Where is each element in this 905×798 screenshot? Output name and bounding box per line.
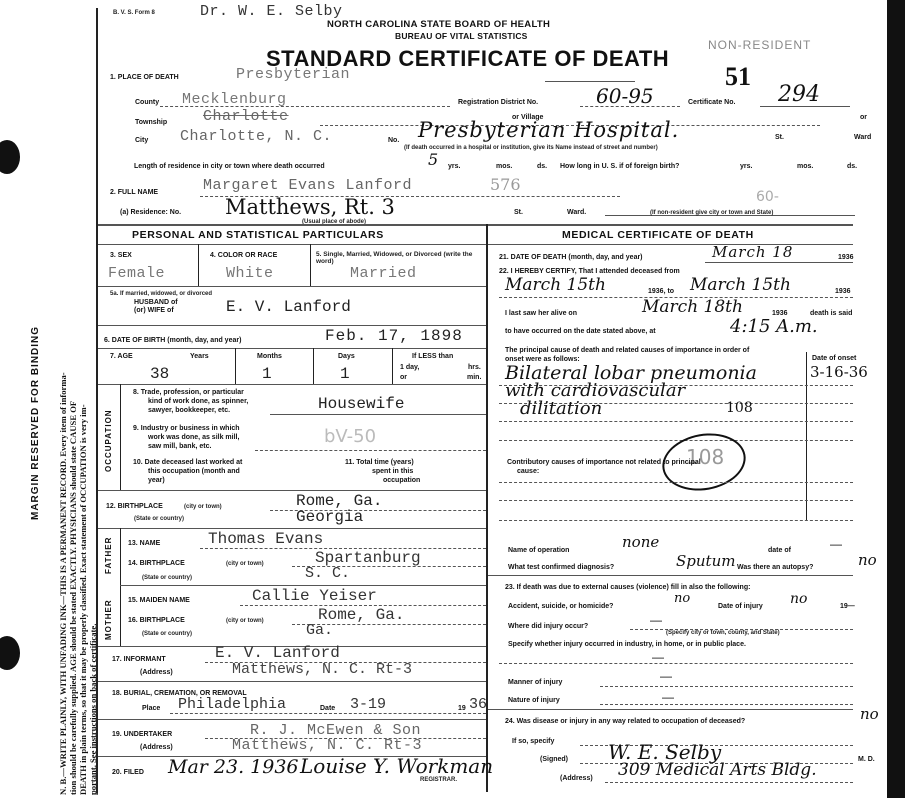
birthplace-city-note: (city or town): [184, 504, 222, 510]
total-time-label-2: spent in this: [372, 468, 413, 475]
informant-label: 17. INFORMANT: [112, 656, 166, 663]
rule: [270, 414, 486, 415]
onset-label: Date of onset: [812, 355, 856, 362]
date-of-death-year: 1936: [838, 254, 854, 261]
rule: [499, 440, 853, 441]
filed-date-value: Mar 23. 1936: [168, 756, 299, 778]
attended-to-year: 1936: [835, 288, 851, 295]
board-title: NORTH CAROLINA STATE BOARD OF HEALTH: [327, 19, 550, 30]
county-label: County: [135, 99, 159, 106]
cell-divider: [392, 348, 393, 384]
rule: [98, 719, 486, 720]
rule: [98, 528, 486, 529]
mother-city-note: (city or town): [226, 618, 264, 624]
margin-line-2: tion should be carefully supplied. AGE s…: [68, 372, 78, 795]
industry-label-3: saw mill, bank, etc.: [148, 443, 211, 450]
spouse-label-2: HUSBAND of: [134, 299, 178, 306]
informant-address-value: Matthews, N. C. Rt-3: [232, 661, 412, 678]
registration-district-value: 60-95: [596, 84, 654, 108]
rule: [488, 244, 853, 245]
filed-label: 20. FILED: [112, 769, 144, 776]
ds-label: ds.: [537, 163, 547, 170]
ward-label: Ward: [854, 134, 871, 141]
rule: [488, 575, 853, 576]
occurred-label: to have occurred on the date stated abov…: [505, 328, 656, 335]
burial-place-value: Philadelphia: [178, 696, 286, 713]
mother-birthplace-label: 16. BIRTHPLACE: [128, 617, 185, 624]
physician-address-value: 309 Medical Arts Bldg.: [618, 760, 817, 780]
marital-label: 5. Single, Married, Widowed, or Divorced…: [316, 251, 484, 265]
md-label: M. D.: [858, 756, 875, 763]
spouse-label-3: (or) WIFE of: [134, 307, 174, 314]
informant-address-label: (Address): [140, 669, 173, 676]
sex-label: 3. SEX: [110, 252, 132, 259]
doctor-typed: Dr. W. E. Selby: [200, 3, 343, 20]
accident-value: no: [674, 591, 690, 606]
time-of-death-value: 4:15 A.m.: [730, 316, 818, 337]
cell-divider: [235, 348, 236, 384]
race-label: 4. COLOR OR RACE: [210, 252, 277, 259]
accident-label: Accident, suicide, or homicide?: [508, 603, 613, 610]
birthplace-label: 12. BIRTHPLACE: [106, 503, 163, 510]
cause-line-3: dilitation: [520, 398, 602, 419]
injury-date-label: Date of injury: [718, 603, 763, 610]
scan-edge: [887, 0, 905, 798]
or-label: or: [400, 374, 407, 381]
occupation-related-value: no: [860, 705, 879, 723]
last-worked-label-2: this occupation (month and: [148, 468, 240, 475]
residence-label: (a) Residence: No.: [120, 209, 181, 216]
age-label: 7. AGE: [110, 353, 133, 360]
last-saw-label: I last saw her alive on: [505, 310, 577, 317]
father-state-note: (State or country): [142, 575, 192, 581]
registrar-label: REGISTRAR.: [420, 777, 457, 783]
occupation-side-label: OCCUPATION: [104, 409, 113, 472]
form-label: B. V. S. Form 8: [113, 10, 155, 16]
dob-value: Feb. 17, 1898: [325, 327, 463, 345]
last-worked-label-1: 10. Date deceased last worked at: [133, 459, 242, 466]
rule: [499, 421, 853, 422]
operation-label: Name of operation: [508, 547, 569, 554]
residence-ward-label: Ward.: [567, 209, 586, 216]
full-name-label: 2. FULL NAME: [110, 189, 158, 196]
burial-date-label: Date: [320, 705, 335, 712]
foreign-yrs-label: yrs.: [740, 163, 752, 170]
certificate-no-label: Certificate No.: [688, 99, 735, 106]
street-no-label: No.: [388, 137, 399, 144]
burial-year-prefix: 19: [458, 705, 466, 712]
rule: [760, 106, 850, 107]
rule: [499, 482, 853, 483]
less-day-label: 1 day,: [400, 364, 419, 371]
dob-label: 6. DATE OF BIRTH (month, day, and year): [104, 337, 241, 344]
trade-value: Housewife: [318, 395, 404, 413]
injury-date-value: no: [790, 591, 807, 607]
registrar-signature: Louise Y. Workman: [300, 754, 493, 778]
test-value: Sputum: [676, 552, 735, 570]
undertaker-address-value: Matthews, N. C. Rt-3: [232, 737, 422, 754]
contributory-label-1: Contributory causes of importance not re…: [507, 459, 701, 466]
contributory-label-2: cause:: [517, 468, 539, 475]
margin-line-1: N. B.—WRITE PLAINLY, WITH UNFADING INK—T…: [58, 372, 68, 795]
injury-year: 19—: [840, 603, 855, 610]
external-causes-label: 23. If death was due to external causes …: [505, 584, 750, 591]
date-of-death-value: March 18: [712, 243, 793, 261]
where-label: Where did injury occur?: [508, 623, 588, 630]
father-side-label: FATHER: [104, 537, 113, 574]
maiden-name-value: Callie Yeiser: [252, 587, 377, 605]
last-worked-label-3: year): [148, 477, 165, 484]
signed-label: (Signed): [540, 756, 568, 763]
operation-date-label: date of: [768, 547, 791, 554]
burial-date-value: 3-19: [350, 696, 386, 713]
residence-st-label: St.: [514, 209, 523, 216]
specify-location-value: —: [652, 650, 664, 664]
rule: [705, 262, 853, 263]
rule: [488, 709, 853, 710]
personal-section-title: PERSONAL AND STATISTICAL PARTICULARS: [132, 229, 384, 241]
last-saw-value: March 18th: [642, 297, 743, 317]
rule: [98, 325, 486, 326]
manner-value: —: [660, 669, 672, 683]
mother-side-label: MOTHER: [104, 599, 113, 640]
occupation-related-label: 24. Was disease or injury in any way rel…: [505, 718, 745, 725]
physician-address-label: (Address): [560, 775, 593, 782]
margin-reserved-label: MARGIN RESERVED FOR BINDING: [30, 326, 41, 520]
foreign-mos-label: mos.: [797, 163, 813, 170]
rule: [98, 224, 853, 226]
attended-from-year: 1936, to: [648, 288, 674, 295]
city-label: City: [135, 137, 148, 144]
full-name-value: Margaret Evans Lanford: [203, 177, 412, 194]
informant-name-value: E. V. Lanford: [215, 644, 340, 662]
where-note: (Specify city or town, county, and State…: [666, 630, 780, 636]
rule: [170, 713, 486, 714]
date-of-death-label: 21. DATE OF DEATH (month, day, and year): [499, 254, 643, 261]
big-number: 51: [725, 62, 751, 92]
foreign-birth-label: How long in U. S. if of foreign birth?: [560, 163, 679, 170]
burial-place-label: Place: [142, 705, 160, 712]
father-name-label: 13. NAME: [128, 540, 160, 547]
rule: [98, 490, 486, 491]
days-label: Days: [338, 353, 355, 360]
or-label: or: [860, 114, 867, 121]
autopsy-value: no: [858, 551, 877, 569]
form-left-border: [96, 8, 98, 793]
cell-divider: [310, 244, 311, 286]
punch-hole-top: [0, 140, 20, 174]
if-so-label: If so, specify: [512, 738, 554, 745]
hrs-label: hrs.: [468, 364, 481, 371]
trade-label-3: sawyer, bookkeeper, etc.: [148, 407, 230, 414]
operation-value: none: [622, 533, 659, 551]
yrs-label: yrs.: [448, 163, 460, 170]
attended-to-value: March 15th: [690, 275, 791, 295]
where-value: —: [650, 613, 662, 627]
days-value: 1: [340, 365, 350, 383]
min-label: min.: [467, 374, 481, 381]
nonresident-note: (If non-resident give city or town and S…: [650, 210, 773, 216]
rule: [600, 704, 853, 705]
father-state-value: S. C.: [305, 565, 350, 582]
rule: [600, 686, 853, 687]
certificate-no-value: 294: [778, 82, 820, 107]
burial-year-value: 36: [469, 696, 487, 713]
maiden-name-label: 15. MAIDEN NAME: [128, 597, 190, 604]
cell-divider: [313, 348, 314, 384]
spouse-value: E. V. Lanford: [226, 298, 351, 316]
months-label: Months: [257, 353, 282, 360]
rule: [499, 520, 853, 521]
certify-label: 22. I HEREBY CERTIFY, That I attended de…: [499, 268, 680, 275]
attended-from-value: March 15th: [505, 275, 606, 295]
specify-location-label: Specify whether injury occurred in indus…: [508, 641, 746, 648]
cell-divider: [198, 244, 199, 286]
birthplace-state-note: (State or country): [134, 516, 184, 522]
cause-code: 108: [726, 400, 753, 416]
birthplace-state-value: Georgia: [296, 508, 363, 526]
foreign-ds-label: ds.: [847, 163, 857, 170]
years-value: 38: [150, 365, 169, 383]
side-divider: [120, 528, 121, 646]
rule: [499, 500, 853, 501]
total-time-label-3: occupation: [383, 477, 420, 484]
rule: [98, 244, 486, 245]
rule: [499, 663, 853, 664]
st-label: St.: [775, 134, 784, 141]
rule: [580, 106, 680, 107]
months-value: 1: [262, 365, 272, 383]
years-label: Years: [190, 353, 209, 360]
mos-label: mos.: [496, 163, 512, 170]
city-value: Charlotte, N. C.: [180, 128, 332, 145]
father-city-note: (city or town): [226, 561, 264, 567]
trade-label-1: 8. Trade, profession, or particular: [133, 389, 244, 396]
township-label: Township: [135, 119, 167, 126]
registration-district-label: Registration District No.: [458, 99, 538, 106]
undertaker-address-label: (Address): [140, 744, 173, 751]
onset-divider: [806, 352, 807, 520]
bureau-title: BUREAU OF VITAL STATISTICS: [395, 31, 528, 41]
medical-section-title: MEDICAL CERTIFICATE OF DEATH: [562, 229, 754, 241]
onset-value: 3-16-36: [810, 363, 868, 381]
mother-state-value: Ga.: [306, 622, 333, 639]
total-time-label-1: 11. Total time (years): [345, 459, 414, 466]
institution-note: (If death occurred in a hospital or inst…: [404, 145, 658, 151]
less-than-label: If LESS than: [412, 353, 453, 360]
nature-value: —: [662, 690, 674, 704]
rule: [98, 348, 486, 349]
rule: [255, 450, 486, 451]
rule: [545, 81, 635, 82]
residence-annotation: 60-: [756, 189, 779, 205]
rule: [120, 585, 486, 586]
side-divider: [120, 384, 121, 490]
test-label: What test confirmed diagnosis?: [508, 564, 614, 571]
father-birthplace-label: 14. BIRTHPLACE: [128, 560, 185, 567]
full-name-annotation: 576: [490, 175, 521, 194]
non-resident-stamp: NON-RESIDENT: [708, 38, 811, 52]
rule: [160, 106, 450, 107]
margin-line-3: DEATH in plain terms, so that it may be …: [78, 372, 88, 795]
margin-instructions: N. B.—WRITE PLAINLY, WITH UNFADING INK—T…: [58, 372, 98, 795]
manner-label: Manner of injury: [508, 679, 562, 686]
industry-annotation: bV-50: [324, 426, 376, 447]
undertaker-label: 19. UNDERTAKER: [112, 731, 172, 738]
autopsy-label: Was there an autopsy?: [737, 564, 813, 571]
punch-hole-bottom: [0, 636, 20, 670]
rule: [98, 681, 486, 682]
residence-years-value: 5: [428, 150, 438, 169]
spouse-label-1: 5a. If married, widowed, or divorced: [110, 291, 212, 297]
cause-label-1: The principal cause of death and related…: [505, 347, 749, 354]
operation-date-value: —: [830, 537, 842, 551]
place-of-death-value: Presbyterian: [236, 66, 350, 83]
residence-value: Matthews, Rt. 3: [225, 195, 395, 219]
race-value: White: [226, 265, 274, 282]
residence-length-label: Length of residence in city or town wher…: [134, 163, 325, 170]
sex-value: Female: [108, 265, 165, 282]
rule: [98, 384, 486, 385]
township-value: Charlotte: [203, 108, 289, 125]
mother-state-note: (State or country): [142, 631, 192, 637]
trade-label-2: kind of work done, as spinner,: [148, 398, 248, 405]
institution-value: Presbyterian Hospital.: [418, 118, 679, 142]
nature-label: Nature of injury: [508, 697, 560, 704]
industry-label-2: work was done, as silk mill,: [148, 434, 239, 441]
rule: [605, 782, 853, 783]
rule: [98, 286, 486, 287]
place-of-death-label: 1. PLACE OF DEATH: [110, 74, 179, 81]
industry-label-1: 9. Industry or business in which: [133, 425, 240, 432]
father-name-value: Thomas Evans: [208, 530, 323, 548]
marital-value: Married: [350, 265, 417, 282]
